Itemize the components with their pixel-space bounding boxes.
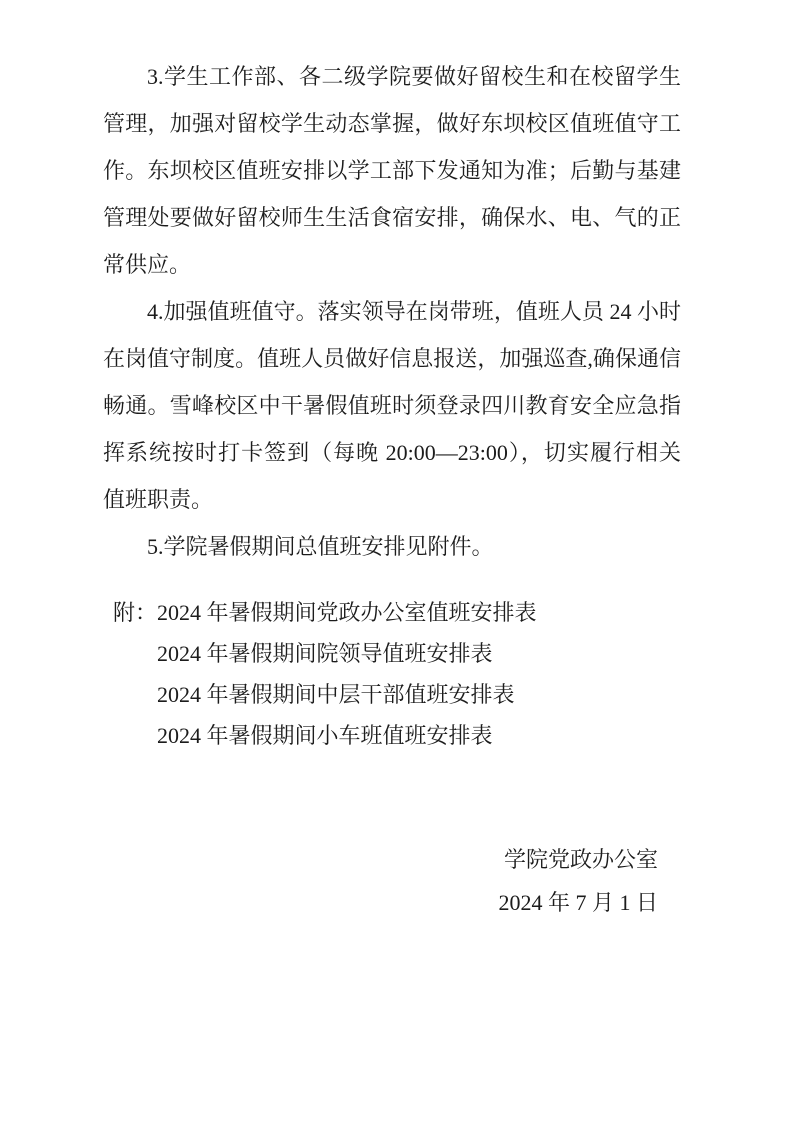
attachment-list: 附：2024 年暑假期间党政办公室值班安排表 2024 年暑假期间院领导值班安排… [113,592,537,756]
attachment-item: 2024 年暑假期间中层干部值班安排表 [113,674,537,715]
document-page: 3.学生工作部、各二级学院要做好留校生和在校留学生管理，加强对留校学生动态掌握，… [0,0,793,1122]
attachment-title: 2024 年暑假期间党政办公室值班安排表 [157,600,537,625]
signature-date: 2024 年 7 月 1 日 [498,881,658,924]
paragraph-item-5: 5.学院暑假期间总值班安排见附件。 [103,523,681,570]
attachments-label: 附： [113,600,157,625]
signature-block: 学院党政办公室 2024 年 7 月 1 日 [498,838,658,924]
paragraph-item-3: 3.学生工作部、各二级学院要做好留校生和在校留学生管理，加强对留校学生动态掌握，… [103,53,681,288]
paragraph-item-4: 4.加强值班值守。落实领导在岗带班，值班人员 24 小时在岗值守制度。值班人员做… [103,288,681,523]
attachment-item: 2024 年暑假期间小车班值班安排表 [113,715,537,756]
attachment-item: 附：2024 年暑假期间党政办公室值班安排表 [113,592,537,633]
signature-department: 学院党政办公室 [498,838,658,881]
attachment-item: 2024 年暑假期间院领导值班安排表 [113,633,537,674]
document-body: 3.学生工作部、各二级学院要做好留校生和在校留学生管理，加强对留校学生动态掌握，… [103,53,681,570]
